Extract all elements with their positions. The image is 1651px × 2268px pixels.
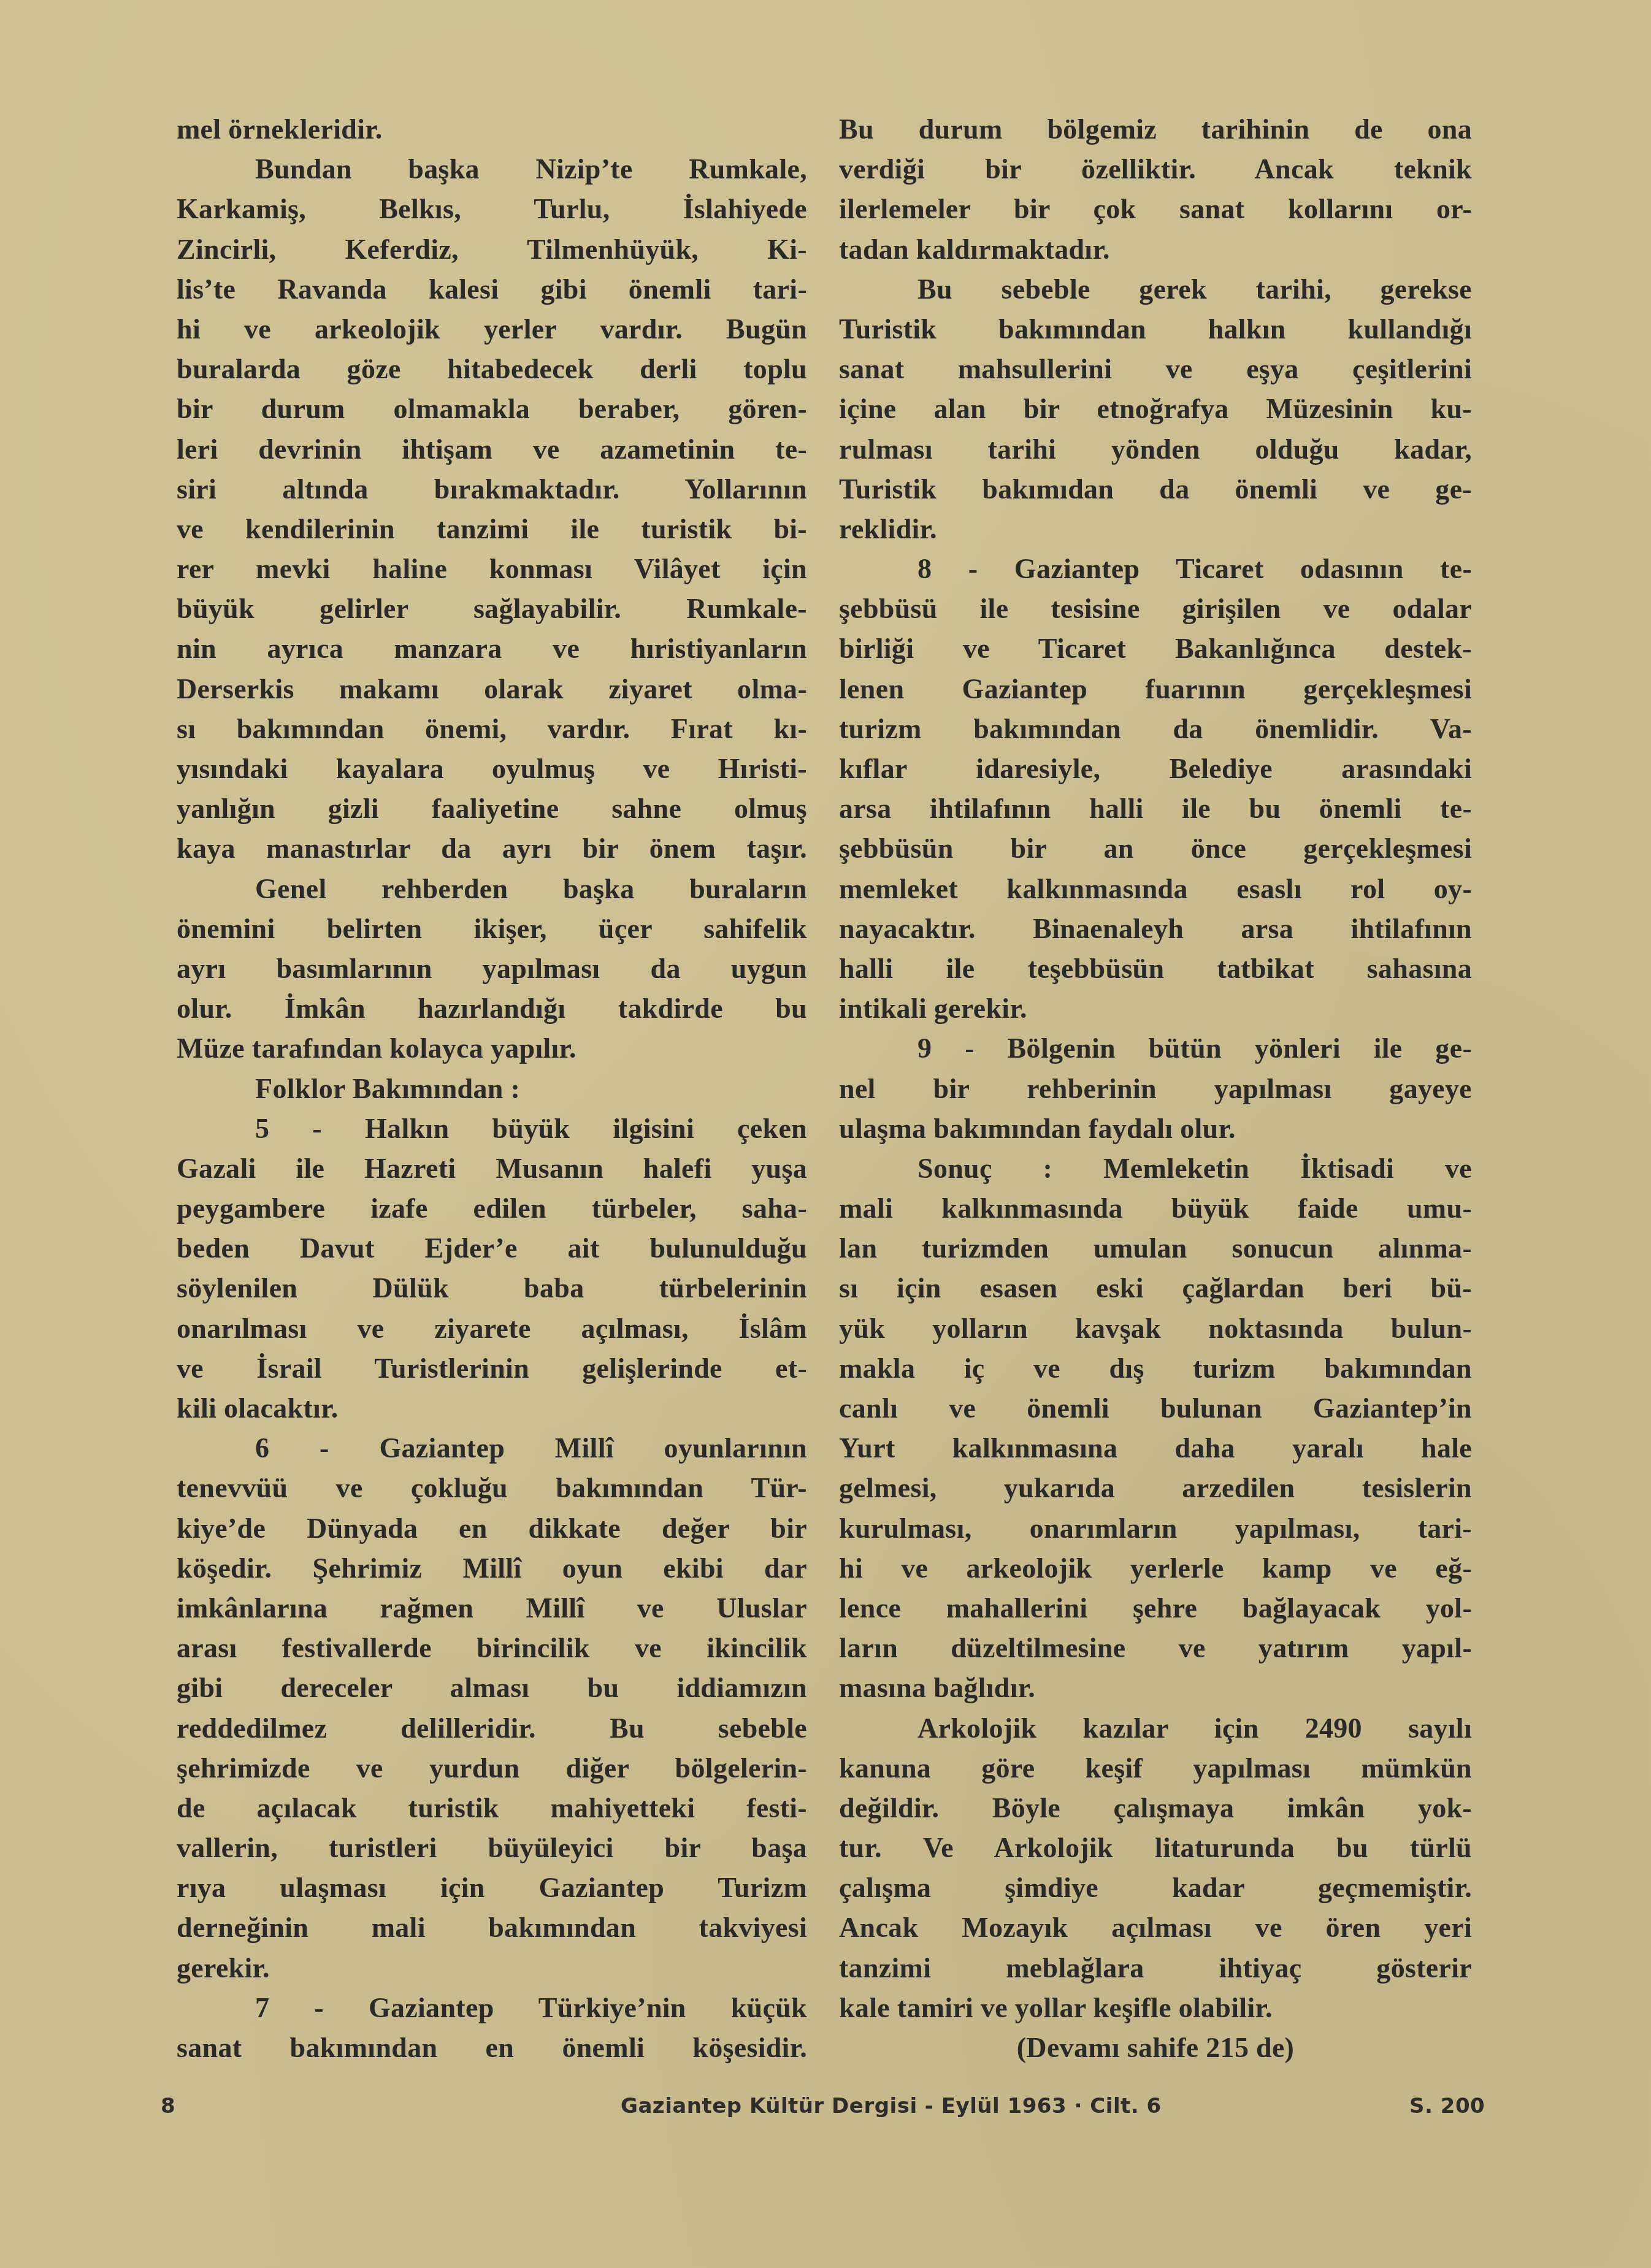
text-line: mel örnekleridir.	[177, 109, 807, 149]
text-line: Folklor Bakımından :	[177, 1069, 807, 1109]
text-line: de açılacak turistik mahiyetteki festi-	[177, 1788, 807, 1828]
text-line: arası festivallerde birincilik ve ikinci…	[177, 1628, 807, 1668]
text-line: Turistik bakımıdan da önemli ve ge-	[839, 469, 1472, 509]
text-line: Bundan başka Nizip’te Rumkale,	[177, 149, 807, 189]
text-line: Turistik bakımından halkın kullandığı	[839, 309, 1472, 349]
text-line: şebbüsü ile tesisine girişilen ve odalar	[839, 589, 1472, 628]
text-line: nin ayrıca manzara ve hıristiyanların	[177, 628, 807, 668]
footer-issue-number: S. 200	[1409, 2094, 1485, 2118]
text-line: Genel rehberden başka buraların	[177, 869, 807, 909]
text-line: şehrimizde ve yurdun diğer bölgelerin-	[177, 1748, 807, 1788]
text-line: intikali gerekir.	[839, 988, 1472, 1028]
text-line: 9 - Bölgenin bütün yönleri ile ge-	[839, 1028, 1472, 1068]
text-line: kurulması, onarımların yapılması, tari-	[839, 1508, 1472, 1548]
text-line: hi ve arkeolojik yerler vardır. Bugün	[177, 309, 807, 349]
text-line: lan turizmden umulan sonucun alınma-	[839, 1228, 1472, 1268]
text-line: siri altında bırakmaktadır. Yollarının	[177, 469, 807, 509]
text-line: rer mevki haline konması Vilâyet için	[177, 549, 807, 589]
text-line: peygambere izafe edilen türbeler, saha-	[177, 1188, 807, 1228]
text-line: kanuna göre keşif yapılması mümkün	[839, 1748, 1472, 1788]
text-line: şebbüsün bir an önce gerçekleşmesi	[839, 828, 1472, 868]
text-line: kiye’de Dünyada en dikkate değer bir	[177, 1508, 807, 1548]
text-line: gerekir.	[177, 1948, 807, 1988]
text-line: halli ile teşebbüsün tatbikat sahasına	[839, 949, 1472, 988]
text-line: onarılması ve ziyarete açılması, İslâm	[177, 1308, 807, 1348]
text-line: kaya manastırlar da ayrı bir önem taşır.	[177, 828, 807, 868]
text-line: tur. Ve Arkolojik litaturunda bu türlü	[839, 1828, 1472, 1868]
text-line: imkânlarına rağmen Millî ve Uluslar	[177, 1588, 807, 1628]
text-line: Arkolojik kazılar için 2490 sayılı	[839, 1708, 1472, 1748]
text-line: bir durum olmamakla beraber, gören-	[177, 389, 807, 429]
text-line: 8 - Gaziantep Ticaret odasının te-	[839, 549, 1472, 589]
text-line: buralarda göze hitabedecek derli toplu	[177, 349, 807, 389]
text-line: tadan kaldırmaktadır.	[839, 229, 1472, 269]
text-line: kale tamiri ve yollar keşifle olabilir.	[839, 1988, 1472, 2028]
footer-publication-info: Gaziantep Kültür Dergisi - Eylül 1963 · …	[621, 2094, 1162, 2118]
text-line: tanzimi meblağlara ihtiyaç gösterir	[839, 1948, 1472, 1988]
text-line: yük yolların kavşak noktasında bulun-	[839, 1308, 1472, 1348]
footer-page-number: 8	[161, 2094, 175, 2118]
text-line: Sonuç : Memleketin İktisadi ve	[839, 1148, 1472, 1188]
text-line: Müze tarafından kolayca yapılır.	[177, 1028, 807, 1068]
text-line: sanat mahsullerini ve eşya çeşitlerini	[839, 349, 1472, 389]
text-line: Yurt kalkınmasına daha yaralı hale	[839, 1428, 1472, 1468]
text-line: yanlığın gizli faaliyetine sahne olmuş	[177, 788, 807, 828]
text-line: turizm bakımından da önemlidir. Va-	[839, 709, 1472, 749]
text-line: mali kalkınmasında büyük faide umu-	[839, 1188, 1472, 1228]
text-line: büyük gelirler sağlayabilir. Rumkale-	[177, 589, 807, 628]
text-line: kıflar idaresiyle, Belediye arasındaki	[839, 749, 1472, 788]
text-line: Bu durum bölgemiz tarihinin de ona	[839, 109, 1472, 149]
text-line: beden Davut Ejder’e ait bulunulduğu	[177, 1228, 807, 1268]
text-line: ların düzeltilmesine ve yatırım yapıl-	[839, 1628, 1472, 1668]
text-line: olur. İmkân hazırlandığı takdirde bu	[177, 988, 807, 1028]
text-line: masına bağlıdır.	[839, 1668, 1472, 1708]
text-line: lence mahallerini şehre bağlayacak yol-	[839, 1588, 1472, 1628]
text-line: sanat bakımından en önemli köşesidir.	[177, 2028, 807, 2068]
text-line: 7 - Gaziantep Türkiye’nin küçük	[177, 1988, 807, 2028]
text-line: memleket kalkınmasında esaslı rol oy-	[839, 869, 1472, 909]
text-line: arsa ihtilafının halli ile bu önemli te-	[839, 788, 1472, 828]
text-line: reklidir.	[839, 509, 1472, 549]
text-line: nayacaktır. Binaenaleyh arsa ihtilafının	[839, 909, 1472, 949]
text-line: 5 - Halkın büyük ilgisini çeken	[177, 1109, 807, 1148]
text-line: rıya ulaşması için Gaziantep Turizm	[177, 1868, 807, 1907]
text-line: yısındaki kayalara oyulmuş ve Hıristi-	[177, 749, 807, 788]
text-line: önemini belirten ikişer, üçer sahifelik	[177, 909, 807, 949]
text-line: lenen Gaziantep fuarının gerçekleşmesi	[839, 669, 1472, 709]
text-line: rulması tarihi yönden olduğu kadar,	[839, 429, 1472, 469]
text-line: nel bir rehberinin yapılması gayeye	[839, 1069, 1472, 1109]
text-line: Ancak Mozayık açılması ve ören yeri	[839, 1907, 1472, 1947]
text-line: söylenilen Dülük baba türbelerinin	[177, 1268, 807, 1308]
text-line: lis’te Ravanda kalesi gibi önemli tari-	[177, 269, 807, 309]
text-line: çalışma şimdiye kadar geçmemiştir.	[839, 1868, 1472, 1907]
text-line: birliği ve Ticaret Bakanlığınca destek-	[839, 628, 1472, 668]
text-line: reddedilmez delilleridir. Bu sebeble	[177, 1708, 807, 1748]
text-line: değildir. Böyle çalışmaya imkân yok-	[839, 1788, 1472, 1828]
text-line: sı bakımından önemi, vardır. Fırat kı-	[177, 709, 807, 749]
text-line: makla iç ve dış turizm bakımından	[839, 1348, 1472, 1388]
text-line: sı için esasen eski çağlardan beri bü-	[839, 1268, 1472, 1308]
text-line: ilerlemeler bir çok sanat kollarını or-	[839, 189, 1472, 229]
text-line: içine alan bir etnoğrafya Müzesinin ku-	[839, 389, 1472, 429]
text-line: ulaşma bakımından faydalı olur.	[839, 1109, 1472, 1148]
text-line: tenevvüü ve çokluğu bakımından Tür-	[177, 1468, 807, 1508]
text-line: Derserkis makamı olarak ziyaret olma-	[177, 669, 807, 709]
text-line: ve kendilerinin tanzimi ile turistik bi-	[177, 509, 807, 549]
text-line: ayrı basımlarının yapılması da uygun	[177, 949, 807, 988]
text-line: (Devamı sahife 215 de)	[839, 2028, 1472, 2068]
left-text-column: mel örnekleridir.Bundan başka Nizip’te R…	[177, 109, 807, 2068]
text-line: Zincirli, Keferdiz, Tilmenhüyük, Ki-	[177, 229, 807, 269]
text-line: vallerin, turistleri büyüleyici bir başa	[177, 1828, 807, 1868]
text-line: gelmesi, yukarıda arzedilen tesislerin	[839, 1468, 1472, 1508]
text-line: 6 - Gaziantep Millî oyunlarının	[177, 1428, 807, 1468]
text-line: derneğinin mali bakımından takviyesi	[177, 1907, 807, 1947]
text-line: verdiği bir özelliktir. Ancak teknik	[839, 149, 1472, 189]
text-line: canlı ve önemli bulunan Gaziantep’in	[839, 1388, 1472, 1428]
text-line: Bu sebeble gerek tarihi, gerekse	[839, 269, 1472, 309]
text-line: Gazali ile Hazreti Musanın halefi yuşa	[177, 1148, 807, 1188]
text-line: Karkamiş, Belkıs, Turlu, İslahiyede	[177, 189, 807, 229]
text-line: gibi dereceler alması bu iddiamızın	[177, 1668, 807, 1708]
right-text-column: Bu durum bölgemiz tarihinin de onaverdiğ…	[839, 109, 1472, 2068]
text-line: ve İsrail Turistlerinin gelişlerinde et-	[177, 1348, 807, 1388]
text-line: köşedir. Şehrimiz Millî oyun ekibi dar	[177, 1548, 807, 1588]
text-line: leri devrinin ihtişam ve azametinin te-	[177, 429, 807, 469]
text-line: hi ve arkeolojik yerlerle kamp ve eğ-	[839, 1548, 1472, 1588]
text-line: kili olacaktır.	[177, 1388, 807, 1428]
